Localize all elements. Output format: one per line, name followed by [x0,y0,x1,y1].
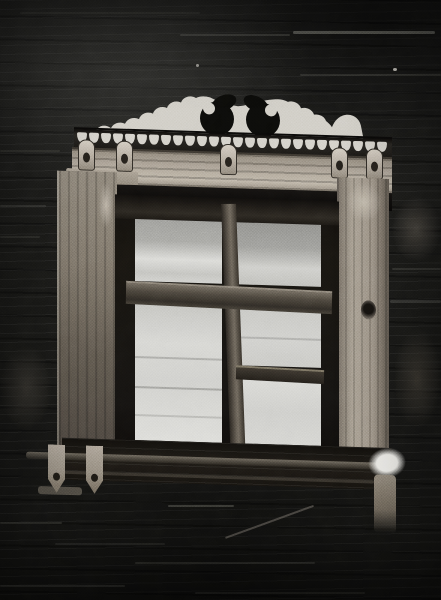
bright-speck [196,64,199,67]
photo-canvas [0,0,441,600]
bead [233,137,243,147]
bead [125,134,135,144]
log-highlight-patch [392,196,441,262]
bead [77,132,87,142]
pane-top-left [135,218,222,284]
bead [317,140,327,150]
left-jamb [57,171,117,469]
bead [113,133,123,143]
log-highlight-patch [394,328,441,428]
foot-step-board [38,486,82,495]
bead [377,142,387,152]
bead [329,140,339,150]
bead [101,133,111,143]
bead [197,136,207,146]
bead [305,139,315,149]
wood-grain-streak [0,585,125,587]
jamb-highlight [99,182,113,228]
wood-grain-streak [180,34,290,36]
bead [365,141,375,151]
wood-grain-streak [300,74,441,76]
bead [293,139,303,149]
bead [257,138,267,148]
wood-grain-streak [135,562,315,564]
right-jamb-foot [374,475,396,534]
bead [173,135,183,145]
bead [353,141,363,151]
wood-knot [361,300,376,319]
wood-grain-streak [195,592,365,594]
foot-hole [53,472,60,480]
right-jamb [337,177,389,473]
carved-window [38,82,398,553]
bead [161,135,171,145]
jamb-highlight [347,182,381,223]
bead [281,139,291,149]
bead [149,134,159,144]
bead [185,136,195,146]
bead [245,138,255,148]
bead [341,141,351,151]
bead [137,134,147,144]
wood-grain-streak [293,31,435,34]
wood-grain-streak [0,236,40,238]
bead [209,136,219,146]
bead [269,138,279,148]
pane-bottom-right-lower [236,379,321,446]
pane-bottom-left [135,304,222,443]
bead [89,133,99,143]
wood-grain-streak [20,12,200,14]
wood-grain-streak [392,268,441,270]
bead [221,137,231,147]
pane-bottom-right-upper [236,307,321,368]
bright-speck [393,68,397,71]
pane-top-right [236,221,321,287]
